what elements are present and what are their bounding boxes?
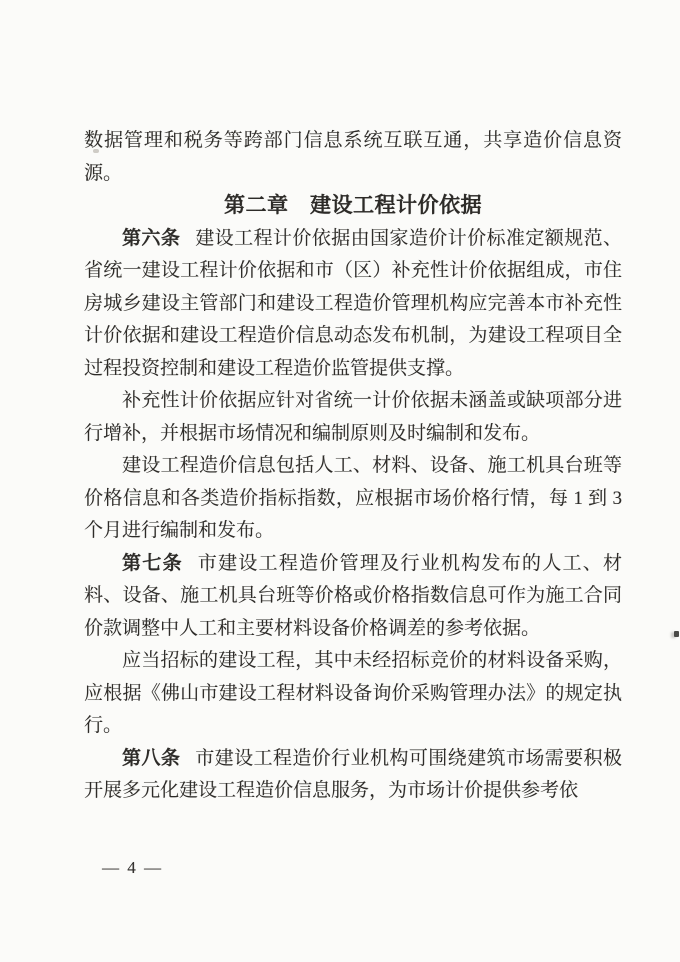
scan-artifact-speck [674, 631, 679, 637]
article-text: 应当招标的建设工程，其中未经招标竞价的材料设备采购，应根据《佛山市建设工程材料设… [84, 650, 622, 736]
page-number: — 4 — [102, 858, 163, 878]
article-number-label: 第六条 [122, 228, 180, 249]
article-paragraph-6-pricing-info: 建设工程造价信息包括人工、材料、设备、施工机具台班等价格信息和各类造价指标指数，… [84, 450, 622, 548]
document-body: 数据管理和税务等跨部门信息系统互联互通，共享造价信息资源。 第二章 建设工程计价… [84, 125, 622, 808]
article-text: 建设工程计价依据由国家造价计价标准定额规范、省统一建设工程计价依据和市（区）补充… [84, 228, 622, 379]
article-text: 建设工程造价信息包括人工、材料、设备、施工机具台班等价格信息和各类造价指标指数，… [84, 455, 622, 541]
article-number-label: 第七条 [122, 553, 183, 574]
article-paragraph-6: 第六条建设工程计价依据由国家造价计价标准定额规范、省统一建设工程计价依据和市（区… [84, 223, 622, 386]
paragraph-continuation: 数据管理和税务等跨部门信息系统互联互通，共享造价信息资源。 [84, 125, 622, 190]
article-paragraph-7-tendering: 应当招标的建设工程，其中未经招标竞价的材料设备采购，应根据《佛山市建设工程材料设… [84, 645, 622, 743]
chapter-heading: 第二章 建设工程计价依据 [84, 190, 622, 223]
article-paragraph-8: 第八条市建设工程造价行业机构可围绕建筑市场需要积极开展多元化建设工程造价信息服务… [84, 743, 622, 808]
scanned-document-page: 数据管理和税务等跨部门信息系统互联互通，共享造价信息资源。 第二章 建设工程计价… [0, 0, 680, 962]
article-text: 补充性计价依据应针对省统一计价依据未涵盖或缺项部分进行增补，并根据市场情况和编制… [84, 390, 622, 444]
article-number-label: 第八条 [122, 748, 180, 769]
scan-artifact-speck [93, 149, 99, 153]
article-paragraph-7: 第七条市建设工程造价管理及行业机构发布的人工、材料、设备、施工机具台班等价格或价… [84, 548, 622, 646]
article-paragraph-6-supplement: 补充性计价依据应针对省统一计价依据未涵盖或缺项部分进行增补，并根据市场情况和编制… [84, 385, 622, 450]
